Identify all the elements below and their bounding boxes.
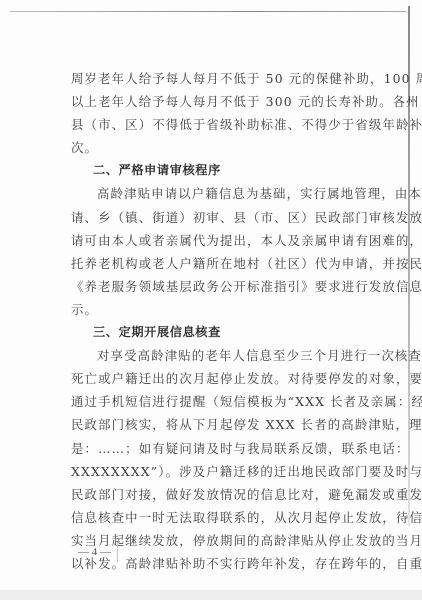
text-line: 请、乡（镇、街道）初审、县（市、区）民政部门审核发放。申 bbox=[71, 206, 371, 229]
text-line: 请可由本人或者亲属代为提出，本人及亲属申请有困难的，可委 bbox=[71, 229, 371, 252]
document-body: 周岁老年人给予每人每月不低于 50 元的保健补助，100 周岁及 以上老年人给予… bbox=[71, 67, 371, 575]
text-line: 实当月起继续发放，停放期间的高龄津贴从停止发放的当月起予 bbox=[71, 529, 371, 552]
page-top-edge bbox=[10, 11, 406, 12]
text-line: 是：……；如有疑问请及时与我局联系反馈，联系电话： bbox=[71, 437, 371, 460]
text-line: 高龄津贴申请以户籍信息为基础，实行属地管理，由本人申 bbox=[71, 182, 371, 205]
text-line: 周岁老年人给予每人每月不低于 50 元的保健补助，100 周岁及 bbox=[71, 67, 371, 90]
cursor-bar bbox=[117, 542, 118, 562]
text-line: 县（市、区）不得低于省级补助标准、不得少于省级年龄补助层 bbox=[71, 113, 371, 136]
text-line: 通过手机短信进行提醒（短信模板为“XXX 长者及亲属：经 XX bbox=[71, 390, 371, 413]
text-line: 《养老服务领域基层政务公开标准指引》要求进行发放信息公 bbox=[71, 275, 371, 298]
document-page: 周岁老年人给予每人每月不低于 50 元的保健补助，100 周岁及 以上老年人给予… bbox=[0, 0, 422, 600]
page-number: — 4 — bbox=[78, 546, 111, 558]
text-line: 民政部门对接，做好发放情况的信息比对，避免漏发或重发；对 bbox=[71, 483, 371, 506]
text-line: 民政部门核实，将从下月起停发 XXX 长者的高龄津贴，理由 bbox=[71, 413, 371, 436]
text-line: 次。 bbox=[71, 136, 371, 159]
scan-bottom-edge bbox=[0, 590, 422, 600]
text-line: 托养老机构或老人户籍所在地村（社区）代为申请，并按民政部 bbox=[71, 252, 371, 275]
text-line: 示。 bbox=[71, 298, 371, 321]
text-line: XXXXXXXX”）。涉及户籍迁移的迁出地民政部门要及时与迁入地 bbox=[71, 460, 371, 483]
text-line: 对享受高龄津贴的老年人信息至少三个月进行一次核查，自 bbox=[71, 344, 371, 367]
text-line: 信息核查中一时无法取得联系的，从次月起停止发放，待信息核 bbox=[71, 506, 371, 529]
text-line: 以补发。高龄津贴补助不实行跨年补发，存在跨年的，自重新完 bbox=[71, 552, 371, 575]
section-heading-2: 二、严格申请审核程序 bbox=[71, 159, 371, 182]
section-heading-3: 三、定期开展信息核查 bbox=[71, 321, 371, 344]
text-line: 以上老年人给予每人每月不低于 300 元的长寿补助。各州（市）、 bbox=[71, 90, 371, 113]
text-line: 死亡或户籍迁出的次月起停止发放。对待要停发的对象，要及时 bbox=[71, 367, 371, 390]
